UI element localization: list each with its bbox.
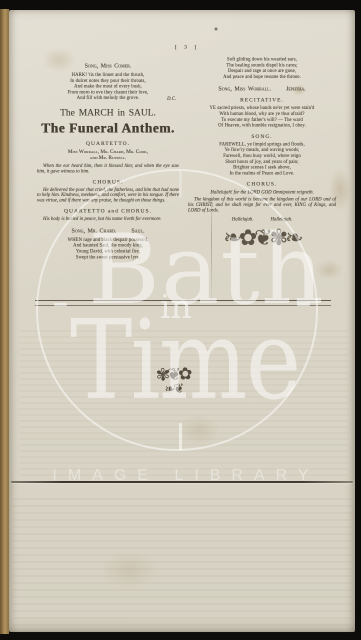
quartetto-chorus-heading: QUARTETTO and CHORUS. [37, 208, 179, 214]
showthrough-texture [19, 330, 349, 480]
quartetto-chorus-text: His body is buried in peace, but his nam… [37, 216, 179, 221]
song3-heading-performer: Song, Miss Worrall. [218, 85, 271, 92]
chorus2-text: The kingdom of this world is become the … [188, 197, 336, 213]
refrain-2: Hallelujah. [271, 216, 293, 222]
hallelujah-line: Hallelujah! for the LORD GOD Omnipotent … [188, 190, 336, 196]
quartetto-text: When the ear heard him, then it blessed … [37, 163, 179, 174]
song3-work-title: Jephtha. [286, 85, 306, 92]
song3-heading: Song, Miss Worrall.Jephtha. [188, 85, 336, 93]
song2-heading: Song, Mr. Chard.Saul. [37, 227, 179, 235]
opening-verse: Soft gliding down his wearied ears,The h… [188, 57, 336, 80]
book-binding-edge [0, 9, 9, 634]
floral-ornament-icon: ❧✿❦✾❧ [188, 228, 336, 248]
song1-verse-block: HARK! 'tis the linnet and the thrush,In … [37, 73, 179, 102]
paper-page: [ 3 ] Song, Miss Comer. HARK! 'tis the l… [9, 10, 355, 632]
song1-heading: Song, Miss Comer. [37, 62, 179, 70]
fold-line [11, 481, 353, 483]
song2-work-title: Saul. [131, 227, 144, 234]
printed-text-block: [ 3 ] Song, Miss Comer. HARK! 'tis the l… [37, 44, 337, 261]
left-column: Song, Miss Comer. HARK! 'tis the linnet … [37, 57, 179, 261]
march-in-saul-title: The MARCH in SAUL. [37, 107, 179, 118]
chorus1-text: He delivered the poor that cried, the fa… [37, 187, 179, 203]
double-rule-divider [35, 300, 331, 306]
song-section-heading: SONG. [188, 133, 336, 139]
page-number: [ 3 ] [37, 44, 337, 50]
showthrough-texture [13, 498, 351, 636]
photo-stage: [ 3 ] Song, Miss Comer. HARK! 'tis the l… [0, 0, 361, 640]
quartetto-heading: QUARTETTO. [37, 140, 179, 146]
recitative-verse: YE sacred priests, whose hands ne'er yet… [188, 106, 336, 129]
floral-ornament-center-icon: ✾❦✿ ❧❦ [142, 364, 203, 397]
farewell-verse: FAREWELL, ye limpid springs and floods,Y… [188, 142, 336, 177]
chorus1-heading: CHORUS. [37, 179, 179, 185]
right-column: Soft gliding down his wearied ears,The h… [188, 57, 336, 261]
hallelujah-refrain: Hallelujah. Hallelujah. [188, 216, 336, 222]
scanned-page-photo: { "page_number": "[ 3 ]", "left_column":… [0, 0, 361, 640]
song1-verse: HARK! 'tis the linnet and the thrush,In … [37, 73, 179, 102]
refrain-1: Hallelujah. [232, 216, 254, 222]
performers-line2: and Mr. Russell. [37, 155, 179, 161]
recitative-heading: RECITATIVE. [188, 97, 336, 103]
funeral-anthem-title: The Funeral Anthem. [37, 120, 179, 136]
da-capo-mark: D.C. [167, 96, 176, 101]
song2-verse: WHEN rage and black despair possess'd,An… [37, 237, 179, 260]
chorus2-heading: CHORUS. [188, 181, 336, 187]
song2-heading-performer: Song, Mr. Chard. [72, 227, 117, 234]
